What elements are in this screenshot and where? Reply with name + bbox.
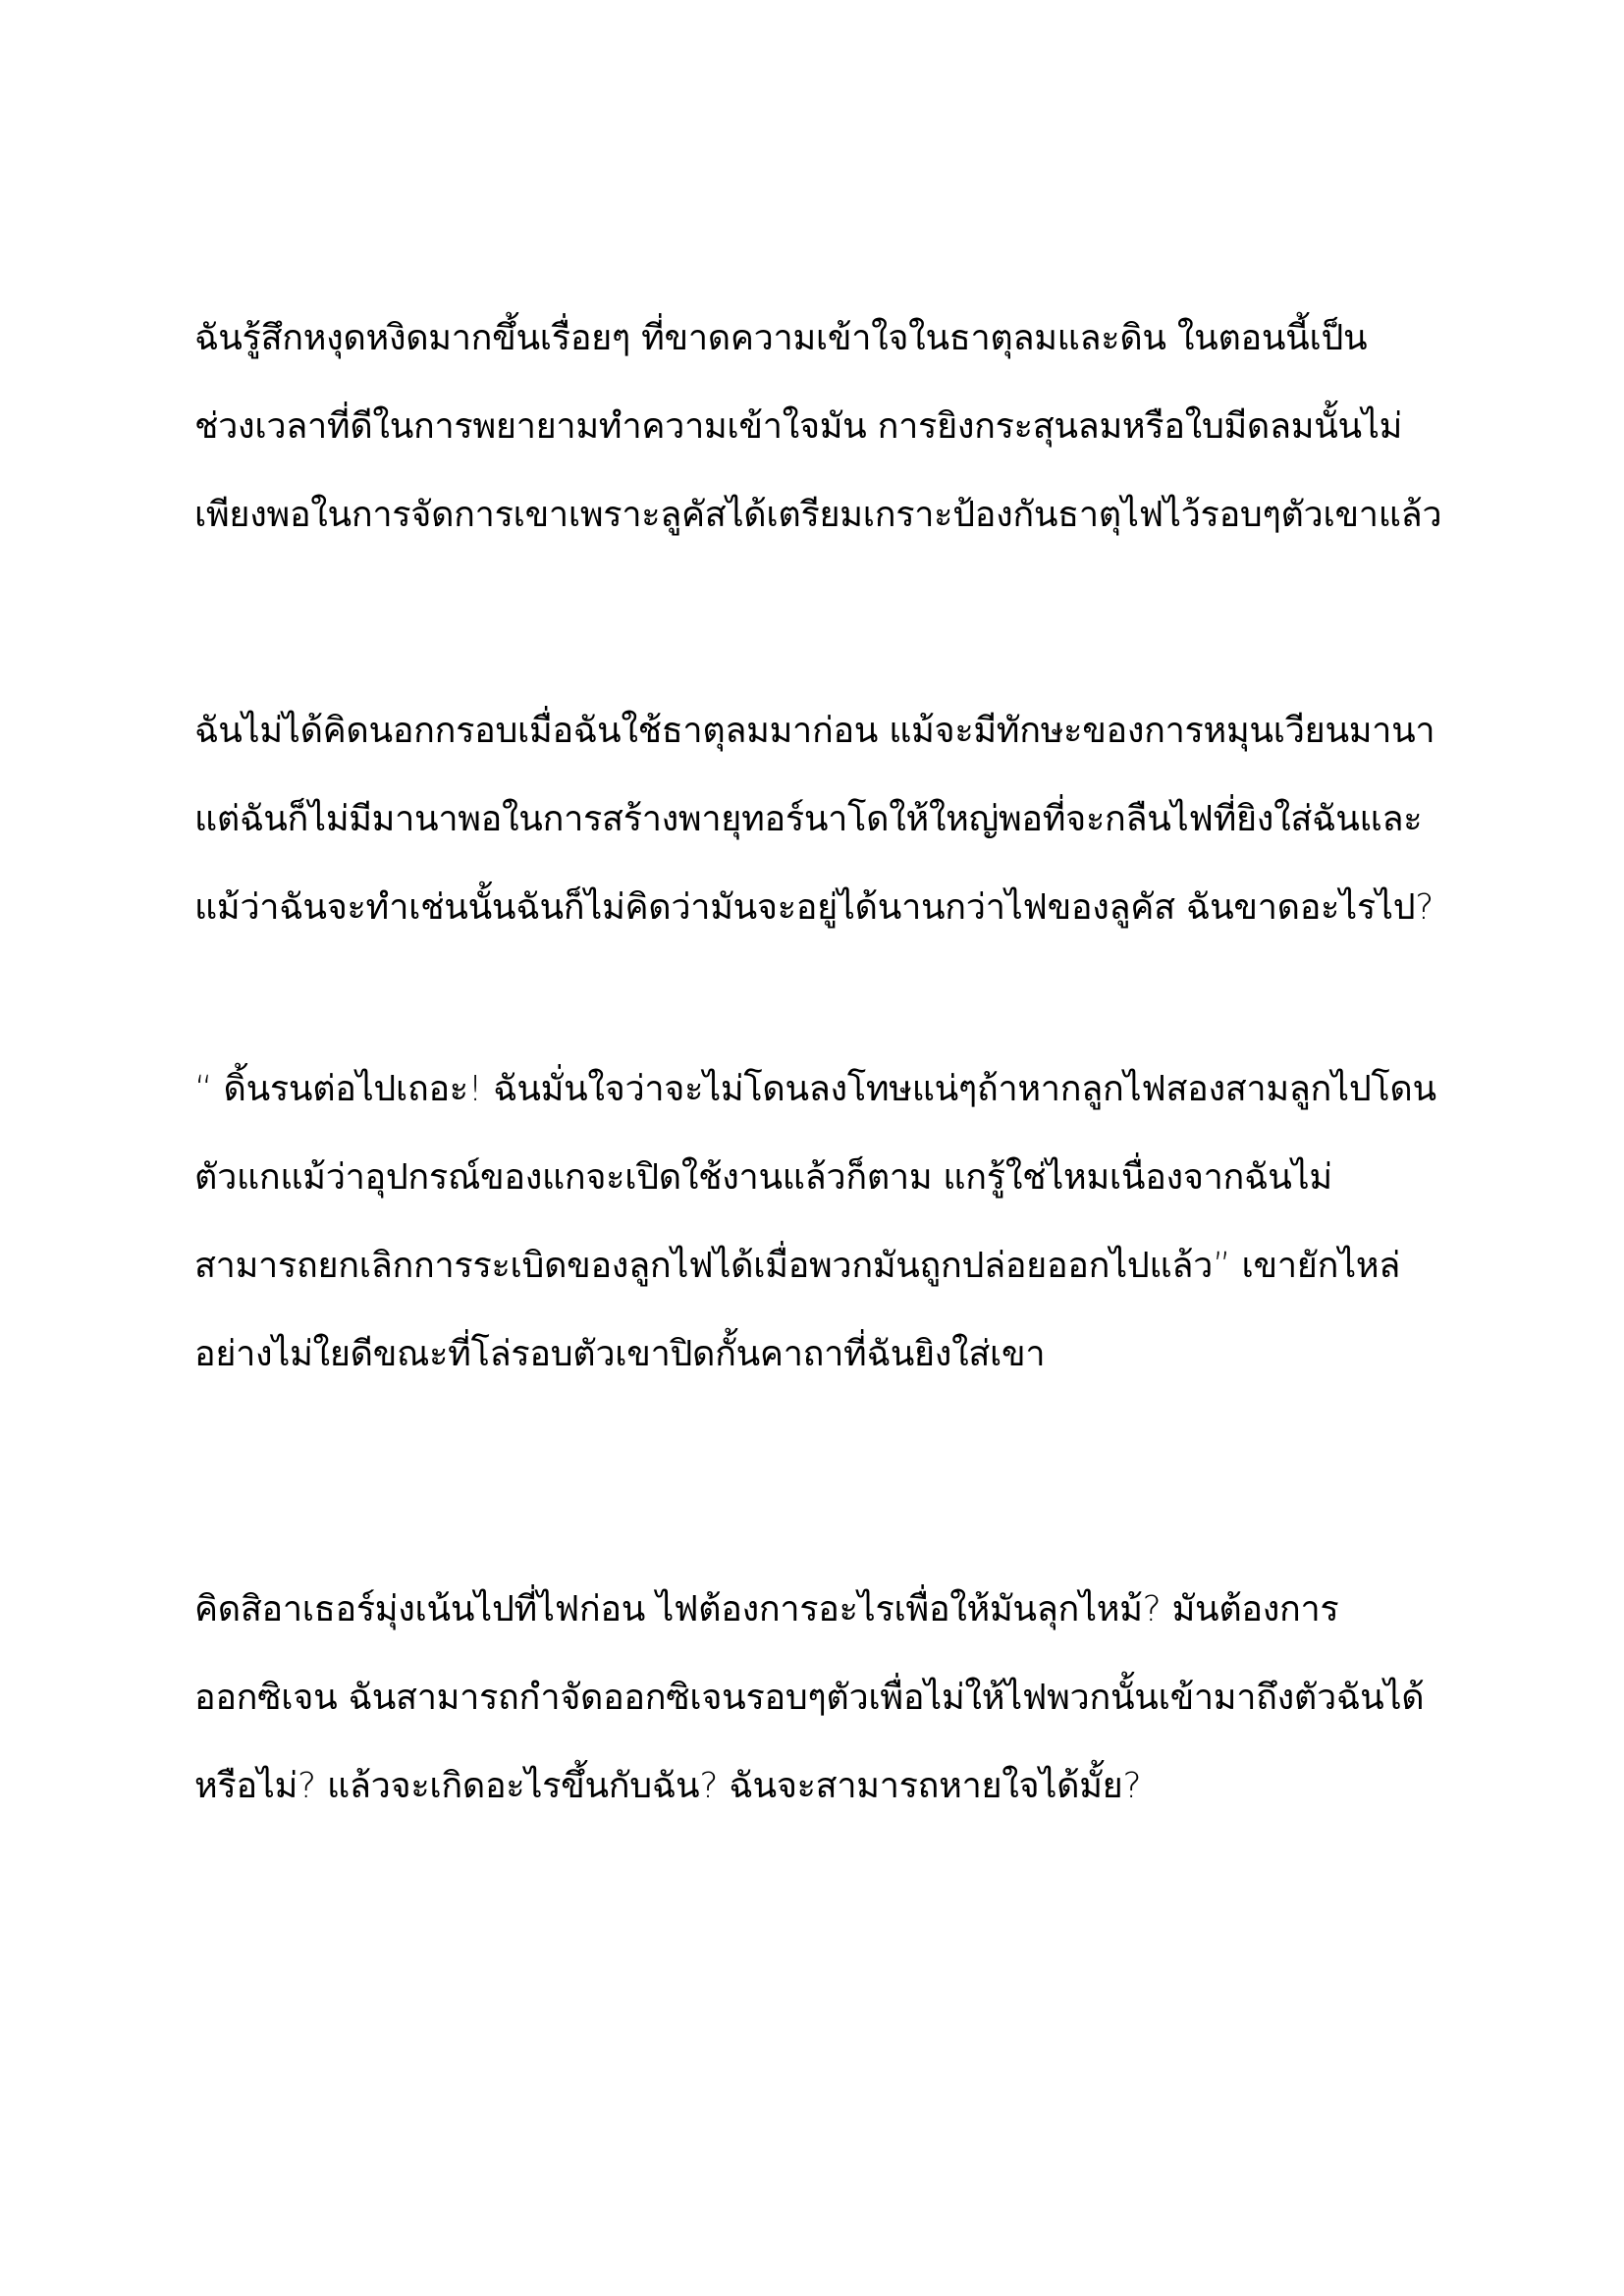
text-line: หรือไม่? แล้วจะเกิดอะไรขึ้นกับฉัน? ฉันจะ… — [194, 1742, 1471, 1831]
paragraph-1: ฉันรู้สึกหงุดหงิดมากขึ้นเรื่อยๆ ที่ขาดคว… — [194, 294, 1471, 560]
text-line: เพียงพอในการจัดการเขาเพราะลูคัสได้เตรียม… — [194, 471, 1471, 560]
text-line: ฉันไม่ได้คิดนอกกรอบเมื่อฉันใช้ธาตุลมมาก่… — [194, 687, 1471, 775]
text-line: ตัวแกแม้ว่าอุปกรณ์ของแกจะเปิดใช้งานแล้วก… — [194, 1134, 1471, 1222]
text-line: ฉันรู้สึกหงุดหงิดมากขึ้นเรื่อยๆ ที่ขาดคว… — [194, 294, 1471, 383]
text-line: อย่างไม่ใยดีขณะที่โล่รอบตัวเขาปิดกั้นคาถ… — [194, 1310, 1471, 1399]
text-line: ช่วงเวลาที่ดีในการพยายามทำความเข้าใจมัน … — [194, 383, 1471, 471]
paragraph-4: คิดสิอาเธอร์มุ่งเน้นไปที่ไฟก่อน ไฟต้องกา… — [194, 1566, 1471, 1831]
text-line: คิดสิอาเธอร์มุ่งเน้นไปที่ไฟก่อน ไฟต้องกา… — [194, 1566, 1471, 1654]
text-line: แต่ฉันก็ไม่มีมานาพอในการสร้างพายุทอร์นาโ… — [194, 775, 1471, 864]
paragraph-2: ฉันไม่ได้คิดนอกกรอบเมื่อฉันใช้ธาตุลมมาก่… — [194, 687, 1471, 952]
text-line: แม้ว่าฉันจะทำเช่นนั้นฉันก็ไม่คิดว่ามันจะ… — [194, 864, 1471, 952]
text-line: สามารถยกเลิกการระเบิดของลูกไฟได้เมื่อพวก… — [194, 1222, 1471, 1310]
document-page: ฉันรู้สึกหงุดหงิดมากขึ้นเรื่อยๆ ที่ขาดคว… — [0, 0, 1624, 2296]
text-line: “ ดิ้นรนต่อไปเถอะ! ฉันมั่นใจว่าจะไม่โดนล… — [194, 1045, 1471, 1134]
text-line: ออกซิเจน ฉันสามารถกำจัดออกซิเจนรอบๆตัวเพ… — [194, 1654, 1471, 1742]
paragraph-3-dialogue: “ ดิ้นรนต่อไปเถอะ! ฉันมั่นใจว่าจะไม่โดนล… — [194, 1045, 1471, 1399]
